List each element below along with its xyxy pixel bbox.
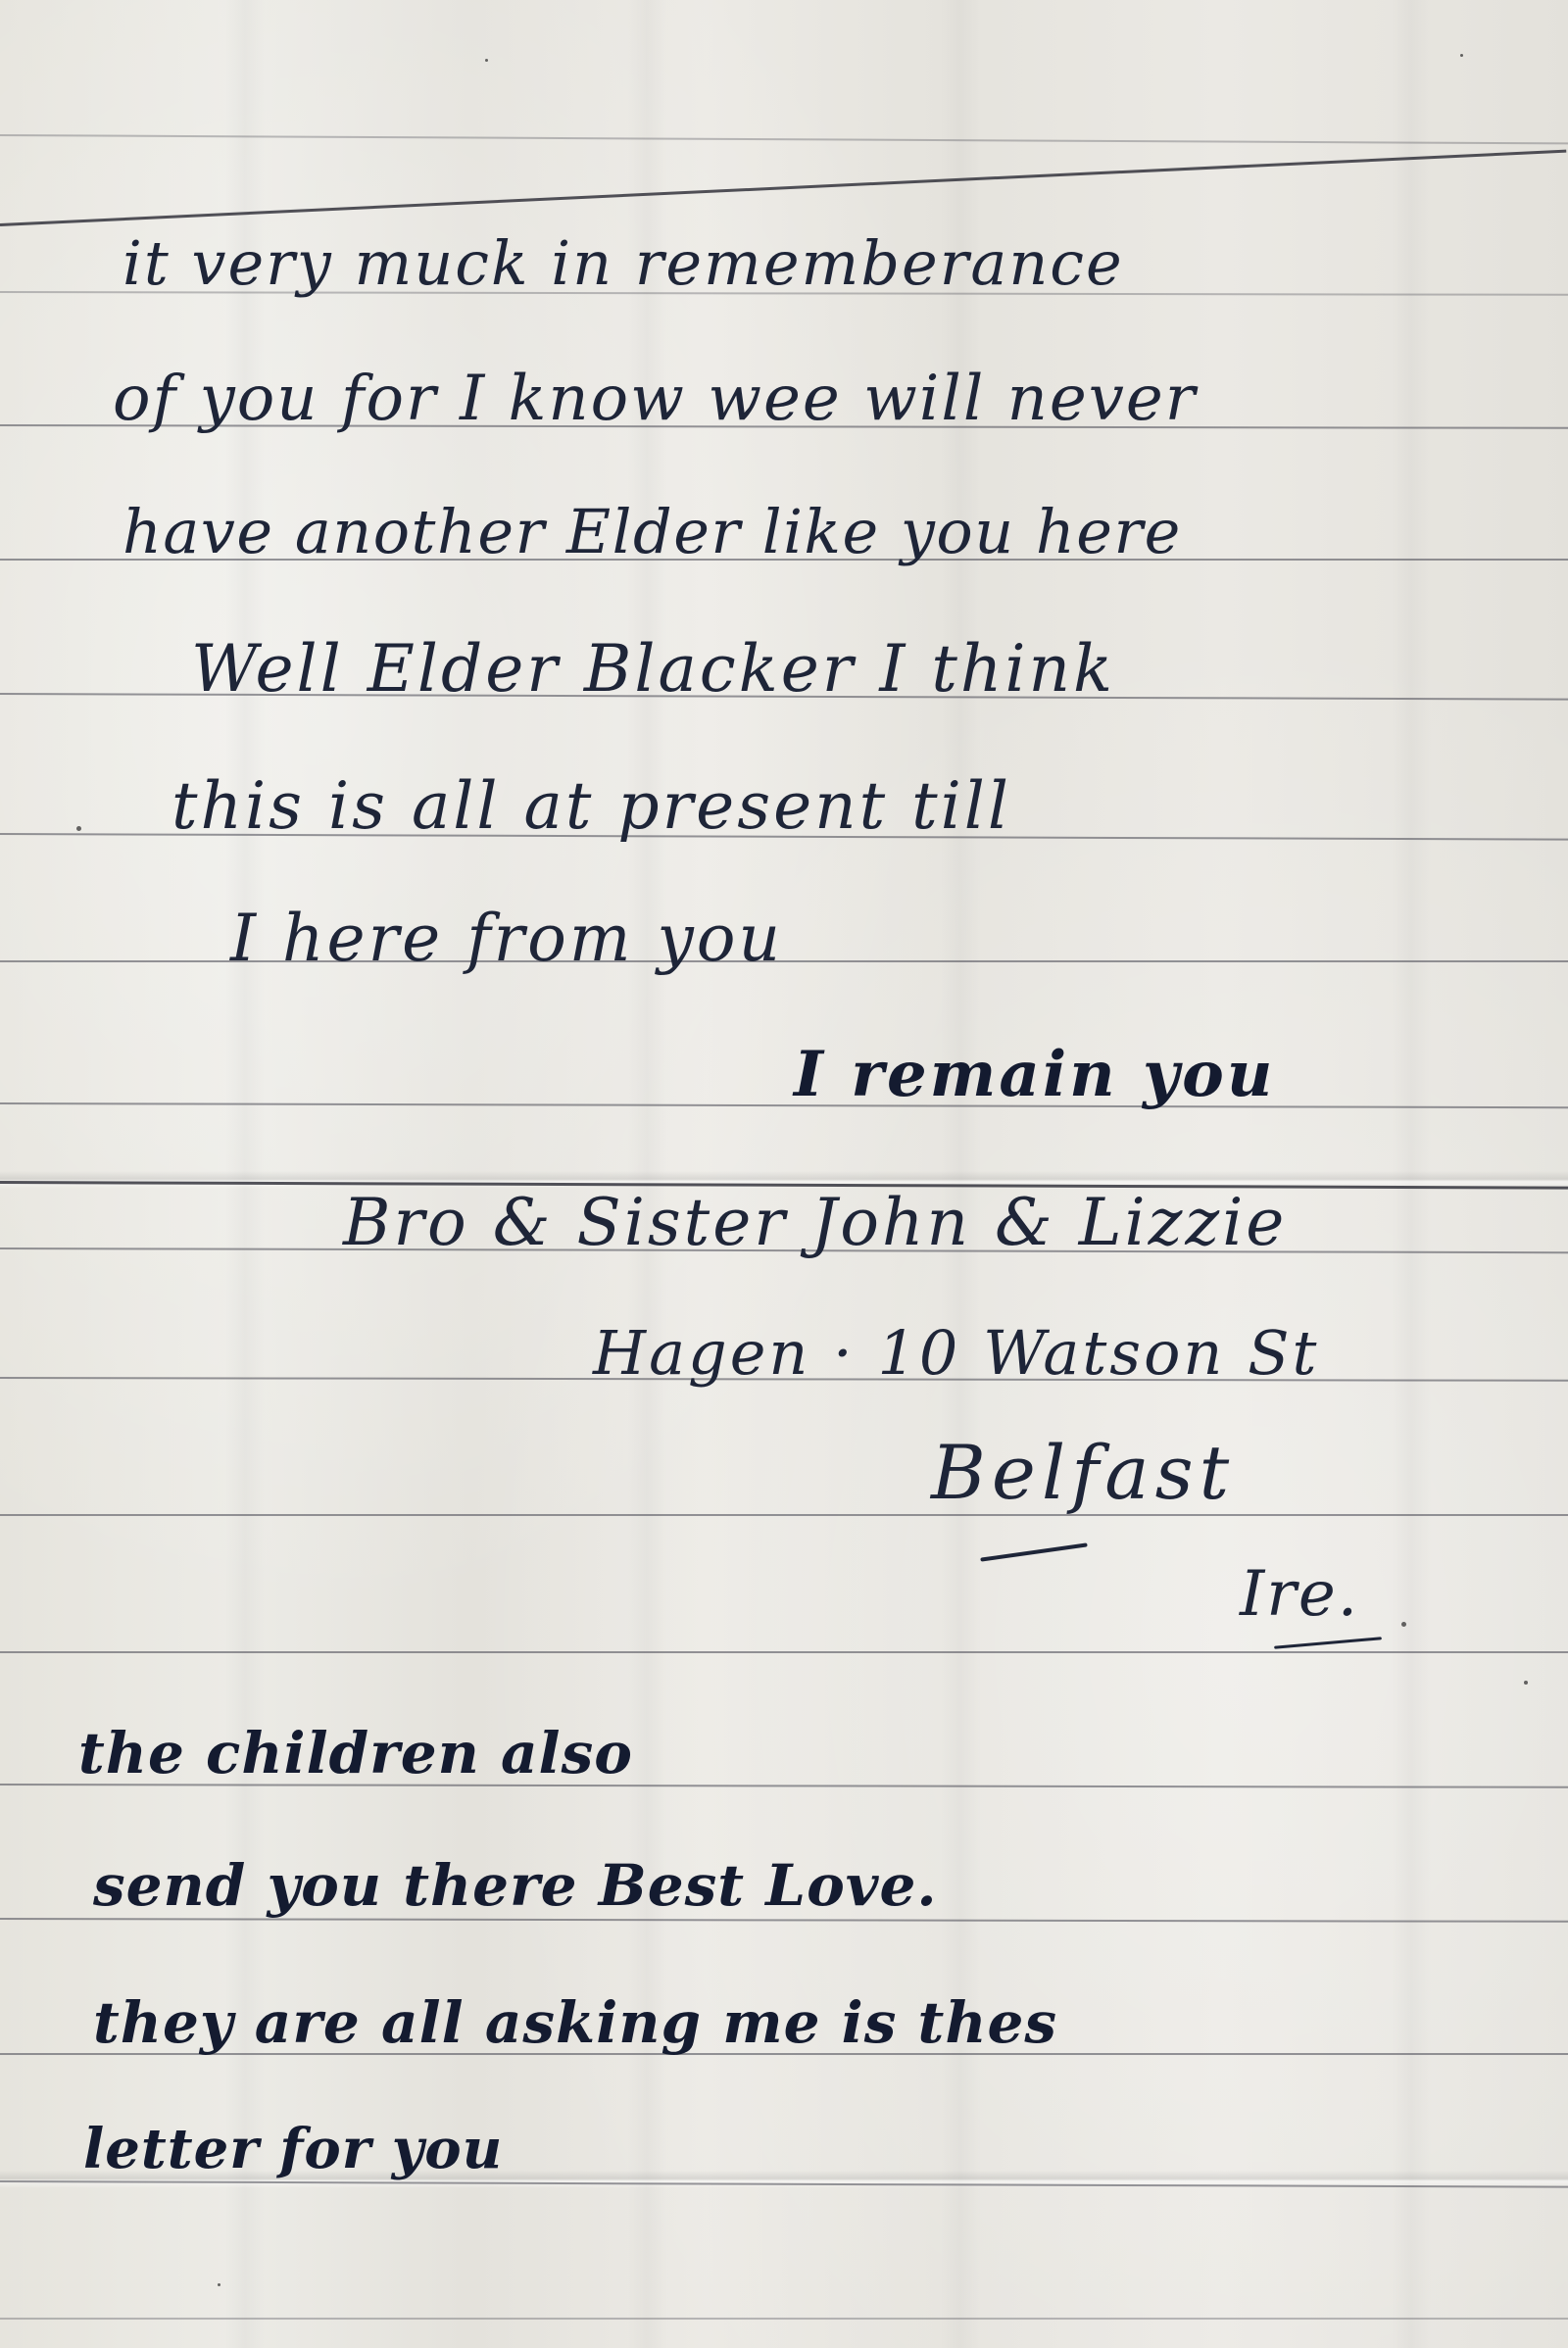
paper-speck <box>1401 1622 1406 1627</box>
postscript-line-3: they are all asking me is thes <box>93 1994 1057 2051</box>
letter-body-line-6: I here from you <box>230 906 783 971</box>
letter-body-line-5: this is all at present till <box>171 774 1011 839</box>
letter-page: it very muck in rememberance of you for … <box>0 0 1568 2348</box>
letter-country: Ire. <box>1240 1563 1359 1626</box>
ruled-line <box>0 1514 1568 1516</box>
paper-speck <box>1460 54 1463 57</box>
letter-body-line-1: it very muck in rememberance <box>122 233 1124 294</box>
country-underline <box>1274 1637 1382 1649</box>
postscript-line-2: send you there Best Love. <box>93 1857 938 1914</box>
paper-speck <box>218 2283 220 2286</box>
letter-valediction: I remain you <box>794 1044 1275 1106</box>
postscript-line-4: letter for you <box>83 2122 503 2177</box>
postscript-line-1: the children also <box>78 1725 633 1782</box>
letter-body-line-3: have another Elder like you here <box>122 502 1182 563</box>
ruled-line <box>0 1651 1568 1653</box>
letter-body-line-2: of you for I know wee will never <box>113 367 1197 430</box>
paper-speck <box>485 59 488 62</box>
paper-speck <box>1524 1681 1528 1685</box>
letter-signature: Bro & Sister John & Lizzie <box>343 1191 1287 1255</box>
paper-speck <box>76 826 81 831</box>
letter-address-line: Hagen · 10 Watson St <box>593 1323 1319 1384</box>
letter-city: Belfast <box>931 1436 1235 1510</box>
ruled-line <box>0 2318 1568 2320</box>
letter-body-line-4: Well Elder Blacker I think <box>191 637 1115 702</box>
flourish-stroke <box>980 1542 1087 1561</box>
